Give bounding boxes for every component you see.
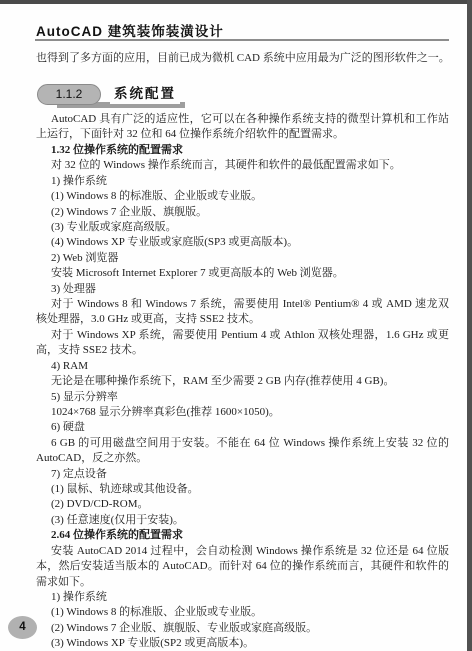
- scan-edge-right: [467, 0, 472, 651]
- text-line: (3) 任意速度(仅用于安装)。: [36, 513, 449, 528]
- text-line: (2) DVD/CD-ROM。: [36, 497, 449, 512]
- text-line: (3) 专业版或家庭高级版。: [36, 220, 449, 235]
- section-number-pill: 1.1.2: [37, 84, 101, 105]
- text-line: (2) Windows 7 企业版、旗舰版、专业版或家庭高级版。: [36, 621, 449, 636]
- text-line: (2) Windows 7 企业版、旗舰版。: [36, 205, 449, 220]
- text-line: 安装 Microsoft Internet Explorer 7 或更高版本的 …: [36, 266, 449, 281]
- intro-paragraph: 也得到了多方面的应用，目前已成为微机 CAD 系统中应用最为广泛的图形软件之一。: [36, 51, 449, 66]
- text-line: 高，支持 SSE2 技术。: [36, 343, 449, 358]
- text-line: 无论是在哪种操作系统下，RAM 至少需要 2 GB 内存(推荐使用 4 GB)。: [36, 374, 449, 389]
- text-line: 核处理器，3.0 GHz 或更高，支持 SSE2 技术。: [36, 312, 449, 327]
- text-line: AutoCAD 具有广泛的适应性，它可以在各种操作系统支持的微型计算机和工作站: [36, 112, 449, 127]
- text-line: 2.64 位操作系统的配置需求: [36, 528, 449, 543]
- page-number-badge: 4: [8, 616, 37, 639]
- text-line: 6) 硬盘: [36, 420, 449, 435]
- text-line: (1) Windows 8 的标准版、企业版或专业版。: [36, 605, 449, 620]
- text-line: 上运行，下面针对 32 位和 64 位操作系统介绍软件的配置需求。: [36, 127, 449, 142]
- header-rule: [35, 39, 449, 41]
- body-text: AutoCAD 具有广泛的适应性，它可以在各种操作系统支持的微型计算机和工作站上…: [36, 112, 449, 651]
- text-line: 2) Web 浏览器: [36, 251, 449, 266]
- text-line: 7) 定点设备: [36, 467, 449, 482]
- text-line: 1) 操作系统: [36, 590, 449, 605]
- text-line: 对 32 位的 Windows 操作系统而言，其硬件和软件的最低配置需求如下。: [36, 158, 449, 173]
- text-line: (1) 鼠标、轨迹球或其他设备。: [36, 482, 449, 497]
- text-line: 4) RAM: [36, 359, 449, 374]
- text-line: (3) Windows XP 专业版(SP2 或更高版本)。: [36, 636, 449, 651]
- text-line: 5) 显示分辨率: [36, 390, 449, 405]
- text-line: (1) Windows 8 的标准版、企业版或专业版。: [36, 189, 449, 204]
- text-line: 1.32 位操作系统的配置需求: [36, 143, 449, 158]
- text-line: 对于 Windows 8 和 Windows 7 系统，需要使用 Intel® …: [36, 297, 449, 312]
- text-line: 3) 处理器: [36, 282, 449, 297]
- text-line: 对于 Windows XP 系统，需要使用 Pentium 4 或 Athlon…: [36, 328, 449, 343]
- text-line: 1) 操作系统: [36, 174, 449, 189]
- text-line: 安装 AutoCAD 2014 过程中，会自动检测 Windows 操作系统是 …: [36, 544, 449, 559]
- text-line: 本，然后安装适当版本的 AutoCAD。而针对 64 位的操作系统而言，其硬件和…: [36, 559, 449, 574]
- section-title: 系统配置: [110, 84, 180, 104]
- text-line: 6 GB 的可用磁盘空间用于安装。不能在 64 位 Windows 操作系统上安…: [36, 436, 449, 451]
- text-line: AutoCAD，反之亦然。: [36, 451, 449, 466]
- page-header-title: AutoCAD 建筑装饰装潢设计: [36, 20, 448, 40]
- text-line: 1024×768 显示分辨率真彩色(推荐 1600×1050)。: [36, 405, 449, 420]
- text-line: (4) Windows XP 专业版或家庭版(SP3 或更高版本)。: [36, 235, 449, 250]
- book-page: AutoCAD 建筑装饰装潢设计 也得到了多方面的应用，目前已成为微机 CAD …: [0, 0, 472, 651]
- scan-edge-top: [0, 0, 472, 4]
- text-line: 需求如下。: [36, 575, 449, 590]
